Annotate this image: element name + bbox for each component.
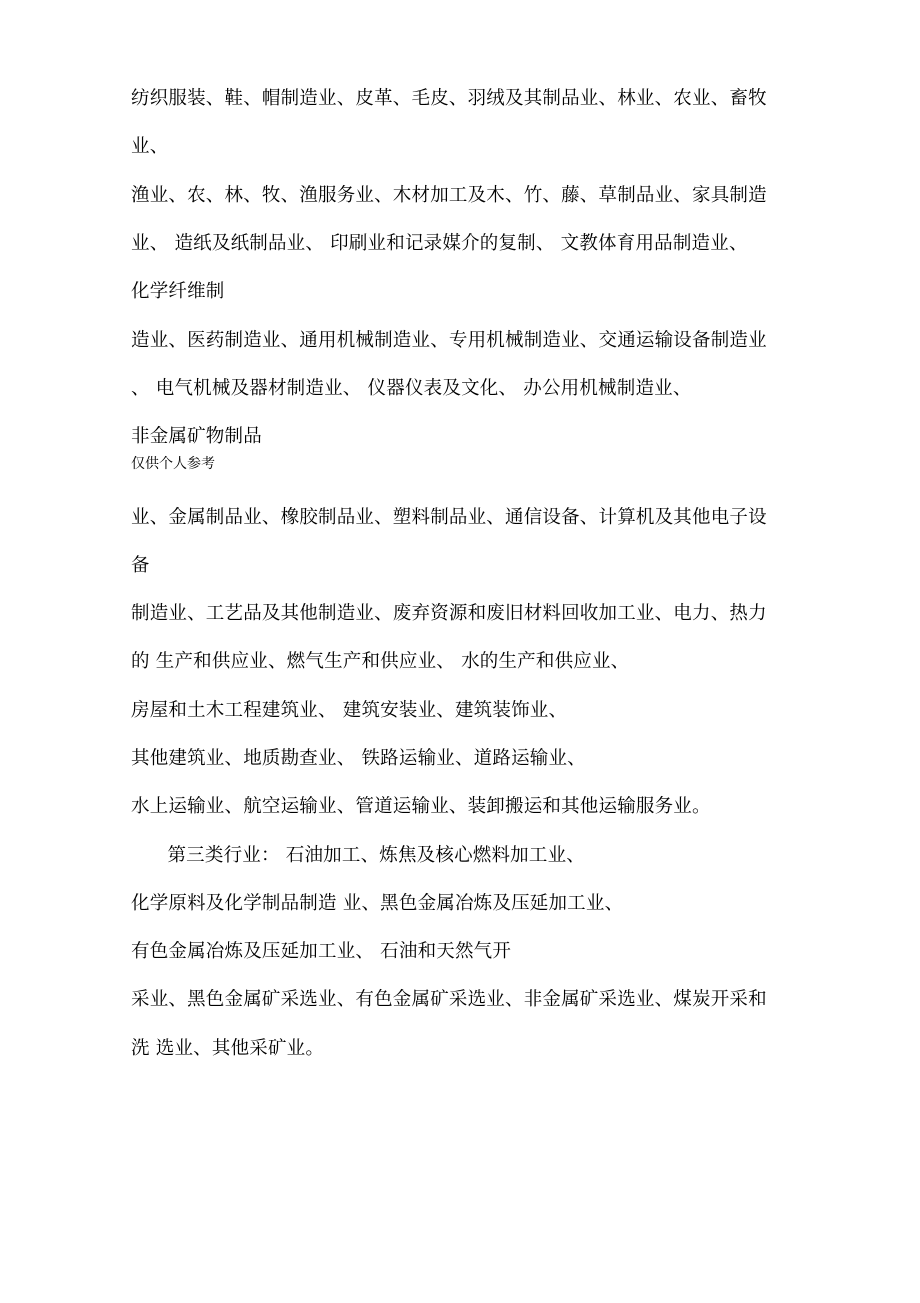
text-line-9: 业、金属制品业、橡胶制品业、塑料制品业、通信设备、计算机及其他电子设 [131, 506, 767, 530]
text-line-5: 化学纤维制 [131, 280, 225, 304]
text-line-16: 第三类行业： 石油加工、炼焦及核心燃料加工业、 [131, 844, 585, 868]
text-line-15: 水上运输业、航空运输业、管道运输业、装卸搬运和其他运输服务业。 [131, 795, 711, 819]
text-line-14: 其他建筑业、地质勘查业、 铁路运输业、道路运输业、 [131, 747, 586, 771]
text-line-3: 渔业、农、林、牧、渔服务业、木材加工及木、竹、藤、草制品业、家具制造 [131, 184, 767, 208]
text-line-6: 造业、医药制造业、通用机械制造业、专用机械制造业、交通运输设备制造业 [131, 329, 767, 353]
text-line-2: 业、 [131, 135, 168, 159]
text-line-19: 采业、黑色金属矿采选业、有色金属矿采选业、非金属矿采选业、煤炭开采和 [131, 988, 767, 1012]
text-line-18: 有色金属冶炼及压延加工业、 石油和天然气开 [131, 940, 511, 964]
personal-reference-note: 仅供个人参考 [131, 455, 215, 473]
text-line-10: 备 [131, 554, 150, 578]
text-line-7: 、 电气机械及器材制造业、 仪器仪表及文化、 办公用机械制造业、 [131, 377, 692, 401]
text-line-13: 房屋和土木工程建筑业、 建筑安装业、建筑装饰业、 [131, 699, 567, 723]
text-line-20: 洗 选业、其他采矿业。 [131, 1037, 324, 1061]
text-line-17: 化学原料及化学制品制造 业、黑色金属冶炼及压延加工业、 [131, 892, 623, 916]
text-line-1: 纺织服装、鞋、帽制造业、皮革、毛皮、羽绒及其制品业、林业、农业、畜牧 [131, 87, 767, 111]
text-line-12: 的 生产和供应业、燃气生产和供应业、 水的生产和供应业、 [131, 650, 629, 674]
text-line-11: 制造业、工艺品及其他制造业、废弃资源和废旧材料回收加工业、电力、热力 [131, 602, 767, 626]
text-line-8: 非金属矿物制品 [131, 425, 262, 449]
text-line-4: 业、 造纸及纸制品业、 印刷业和记录媒介的复制、 文教体育用品制造业、 [131, 232, 748, 256]
